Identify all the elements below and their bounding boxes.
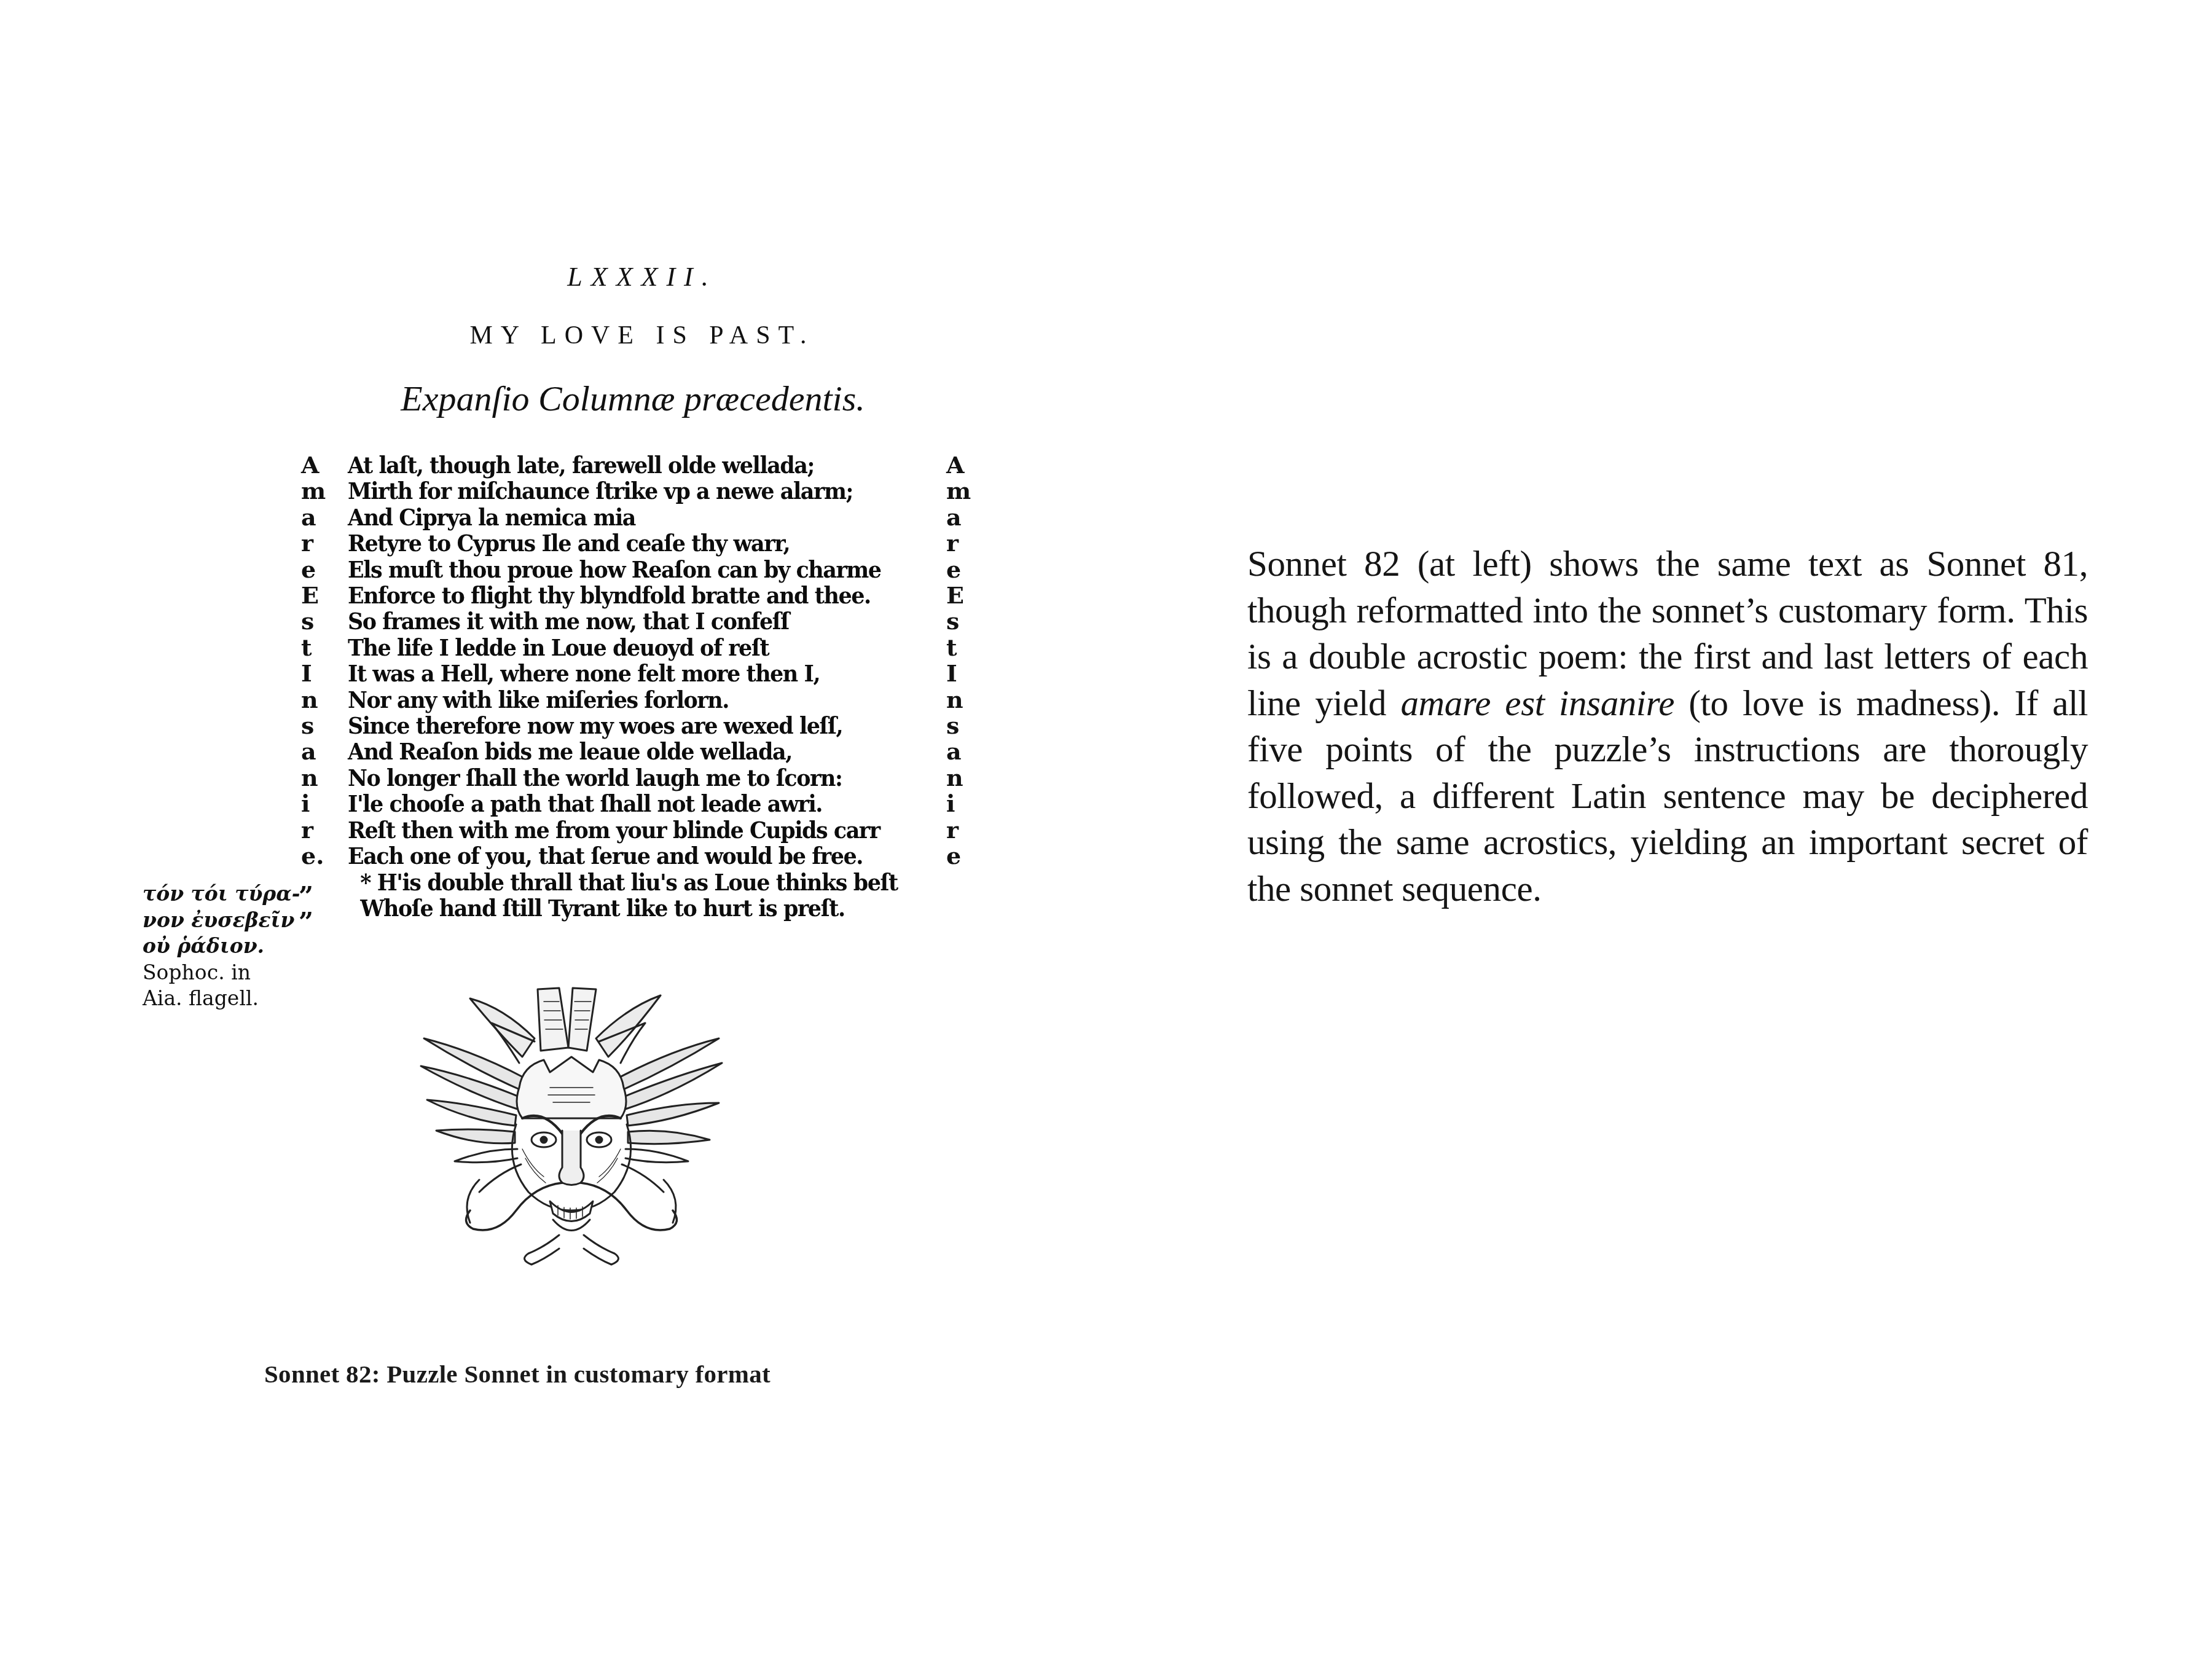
greek-quote-line: νον ἐυσεβεῖν (143, 908, 300, 934)
marginal-citation: τόν τόι τύρα- νον ἐυσεβεῖν οὐ ῥάδιον. So… (143, 881, 300, 1012)
poem-line: No longer ſhall the world laugh me to ſc… (348, 765, 890, 791)
acrostic-letter: e. (301, 843, 326, 869)
acrostic-letter: i (946, 791, 971, 817)
commentary-paragraph: Sonnet 82 (at left) shows the same text … (1247, 541, 2088, 912)
quote-mark: ” (299, 909, 313, 935)
acrostic-letter: I (946, 661, 971, 686)
acrostic-letter: a (946, 739, 971, 764)
acrostic-letter: s (301, 608, 326, 634)
sonnet-subtitle: Expanſio Columnæ præcedentis. (0, 378, 1266, 419)
poem-line: Each one of you, that ſerue and would be… (348, 843, 890, 869)
marginal-quote-marks: ” ” (299, 884, 313, 936)
sonnet-number: LXXXII. (0, 261, 1284, 292)
poem-line: Reſt then with me from your blinde Cupid… (348, 817, 890, 843)
acrostic-left-column: A m a r e E s t I n s a n i r e. (301, 452, 326, 869)
grotesque-mask-ornament-icon (412, 965, 731, 1272)
couplet-line: Whoſe hand ſtill Tyrant like to hurt is … (348, 895, 890, 921)
acrostic-letter: a (301, 504, 326, 530)
poem-line: Retyre to Cyprus Ile and ceaſe thy warr, (348, 530, 890, 556)
acrostic-letter: n (301, 687, 326, 713)
poem-line: At laſt, though late, farewell olde well… (348, 452, 890, 478)
poem-line: It was a Hell, where none felt more then… (348, 661, 890, 686)
acrostic-letter: e (946, 843, 971, 869)
acrostic-letter: r (946, 530, 971, 556)
acrostic-letter: s (946, 608, 971, 634)
greek-quote-line: τόν τόι τύρα- (143, 881, 300, 908)
poem-line: Els muſt thou proue how Reaſon can by ch… (348, 557, 890, 582)
acrostic-letter: i (301, 791, 326, 817)
figure-caption: Sonnet 82: Puzzle Sonnet in customary fo… (264, 1359, 771, 1389)
acrostic-letter: n (946, 765, 971, 791)
acrostic-letter: r (946, 817, 971, 843)
acrostic-letter: t (301, 635, 326, 661)
poem-line: And Reaſon bids me leaue olde wellada, (348, 739, 890, 764)
acrostic-letter: t (946, 635, 971, 661)
acrostic-letter: n (946, 687, 971, 713)
poem-line: Since therefore now my woes are wexed le… (348, 713, 890, 739)
acrostic-letter: E (946, 582, 971, 608)
acrostic-letter: A (301, 452, 326, 478)
citation-source-line: Aia. flagell. (143, 986, 300, 1012)
poem-line: I'le chooſe a path that ſhall not leade … (348, 791, 890, 817)
acrostic-letter: n (301, 765, 326, 791)
sonnet-text: At laſt, though late, farewell olde well… (348, 452, 938, 921)
poem-line: So frames it with me now, that I confeſſ (348, 608, 890, 634)
citation-source-line: Sophoc. in (143, 960, 300, 986)
poem-line: Enforce to flight thy blyndfold bratte a… (348, 582, 890, 608)
acrostic-letter: E (301, 582, 326, 608)
quote-mark: ” (299, 884, 313, 909)
greek-quote-line: οὐ ῥάδιον. (143, 933, 300, 960)
acrostic-letter: A (946, 452, 971, 478)
acrostic-letter: s (946, 713, 971, 739)
poem-line: The life I ledde in Loue deuoyd of reſt (348, 635, 890, 661)
latin-phrase: amare est insanire (1400, 683, 1674, 723)
acrostic-letter: s (301, 713, 326, 739)
acrostic-letter: m (946, 478, 971, 504)
acrostic-letter: e (946, 557, 971, 582)
acrostic-letter: e (301, 557, 326, 582)
poem-line: Nor any with like miſeries forlorn. (348, 687, 890, 713)
poem-line: And Ciprya la nemica mia (348, 504, 890, 530)
acrostic-letter: r (301, 530, 326, 556)
couplet-line: * H'is double thrall that liu's as Loue … (348, 869, 890, 895)
acrostic-letter: I (301, 661, 326, 686)
acrostic-letter: r (301, 817, 326, 843)
acrostic-letter: a (301, 739, 326, 764)
poem-line: Mirth for miſchaunce ſtrike vp a newe al… (348, 478, 890, 504)
acrostic-letter: a (946, 504, 971, 530)
acrostic-letter: m (301, 478, 326, 504)
acrostic-right-column: A m a r e E s t I n s a n i r e (946, 452, 971, 869)
sonnet-title: MY LOVE IS PAST. (0, 321, 1284, 350)
